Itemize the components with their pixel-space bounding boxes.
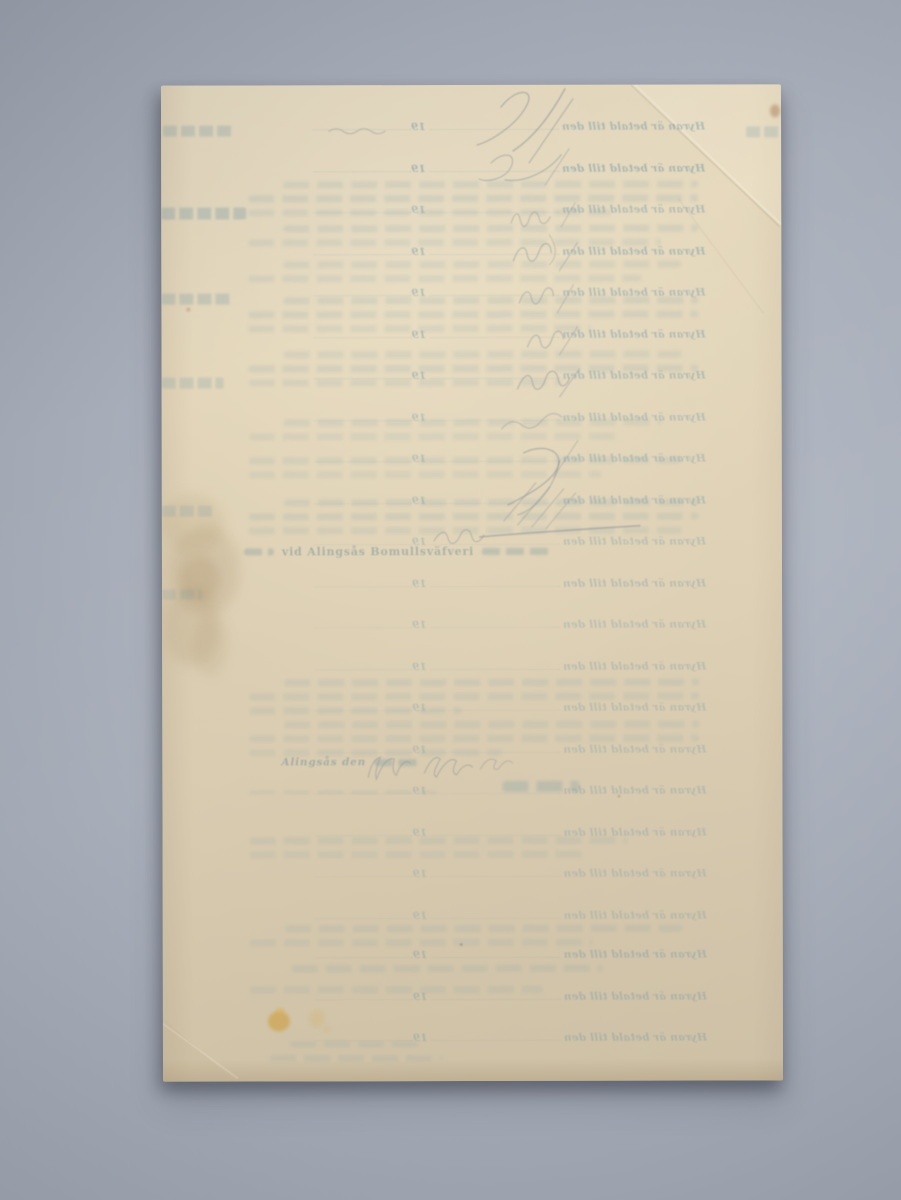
- document-sheet: vid Alingsås Bomullsväfveri Alingsås den…: [161, 84, 783, 1081]
- pencil-marks-svg: [161, 84, 783, 1081]
- photograph-background: vid Alingsås Bomullsväfveri Alingsås den…: [0, 0, 901, 1200]
- pencil-marks-group: [329, 89, 640, 780]
